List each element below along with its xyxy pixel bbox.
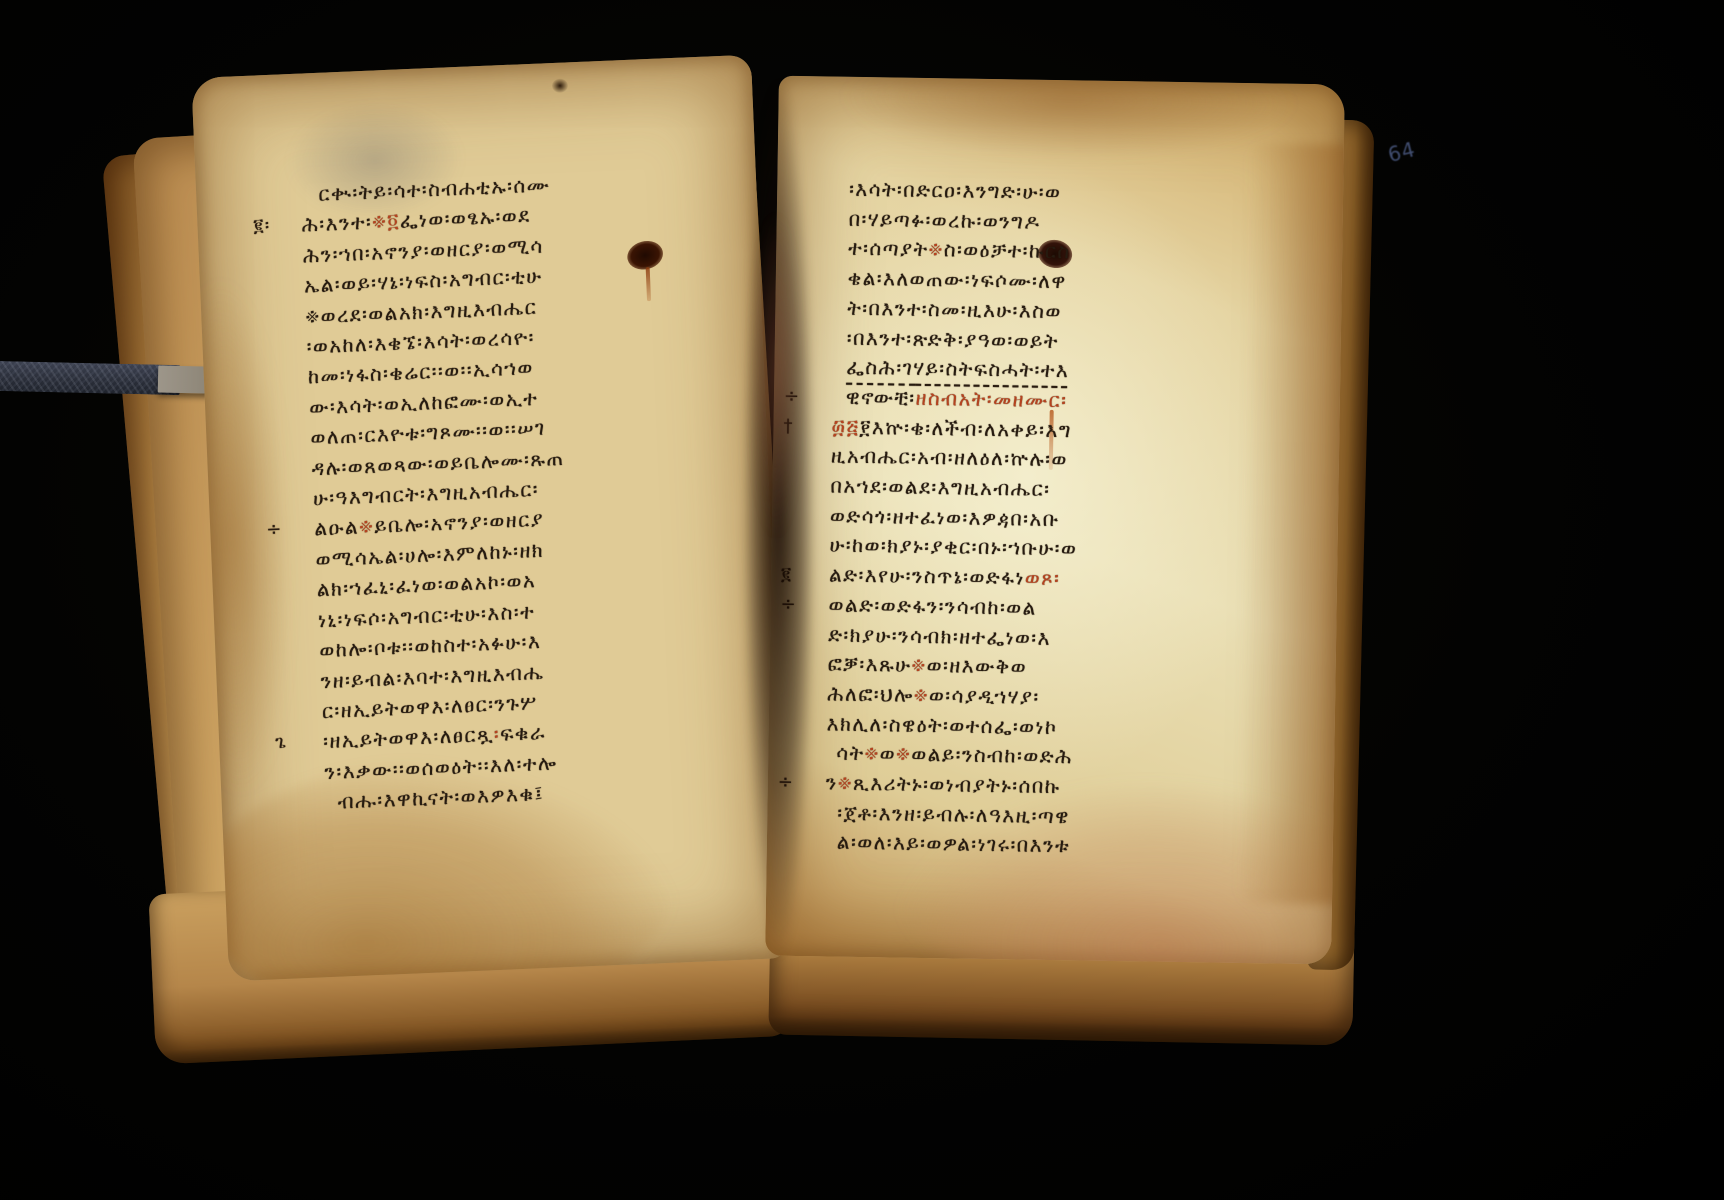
text-segment-red-ink: ፠ bbox=[359, 514, 375, 539]
text-segment-black-ink: ፌስሕ፡ገሃይ፡ስትፍስሓት፡ተእ bbox=[846, 355, 1069, 382]
text-segment-black-ink: ት፡በእንተ፡ስመ፡ዚእሁ፡እስወ bbox=[847, 296, 1062, 323]
text-segment-red-ink: ወጾ፡ bbox=[1025, 566, 1061, 591]
text-segment-black-ink: ሳት bbox=[836, 741, 865, 765]
text-segment-red-ink: ፠ bbox=[864, 741, 880, 765]
text-line: †፴፭፻እኵ፡ቄ፡ለችብ፡ለአቀይ፡እግ bbox=[831, 412, 1079, 446]
text-segment-black-ink: ፡እሳት፡በድርዐ፡እንግድ፡ሁ፡ወ bbox=[849, 177, 1062, 204]
text-segment-black-ink: ፡በእንተ፡ጽድቅ፡ያዓወ፡ወይት bbox=[847, 325, 1059, 352]
text-segment-black-ink: ድ፡ክያሁ፡ንሳብክ፡ዘተፌነወ፡እ bbox=[828, 622, 1051, 649]
right-page-text-column: ፡እሳት፡በድርዐ፡እንግድ፡ሁ፡ወበ፡ሃይጣፉ፡ወረኩ፡ወንግዶተ፡ሰጣያት፠… bbox=[825, 175, 1083, 862]
text-segment-black-ink: ወ፡ሳያዲኀሃያ፡ bbox=[929, 683, 1040, 709]
text-segment-black-ink: ወልድ፡ወድፋን፡ንሳብከ፡ወል bbox=[828, 592, 1037, 619]
text-segment-black-ink: ን bbox=[826, 770, 838, 794]
text-segment-black-ink: ጺእሪትኑ፡ወነብያትኑ፡ሰበኩ bbox=[853, 771, 1061, 798]
text-line: ÷ን፠ጺእሪትኑ፡ወነብያትኑ፡ሰበኩ bbox=[826, 768, 1074, 802]
text-line: ተ፡ሰጣያት፠ስ፡ወዕቻተ፡ኩርስ bbox=[834, 234, 1082, 268]
text-segment-black-ink: ፻እኵ፡ቄ፡ለችብ፡ለአቀይ፡እግ bbox=[859, 415, 1072, 442]
bookmark-strap-dark-segment bbox=[0, 361, 180, 395]
text-segment-black-ink: ልድ፡እየሁ፡ንስጥኔ፡ወድፋነ bbox=[829, 563, 1025, 590]
margin-mark: ጌ bbox=[275, 728, 288, 759]
text-line: ÷ዊኖውቺ፡ዘስብአት፡መዘሙር፡ bbox=[832, 382, 1080, 416]
left-page: ርቊ፡ትይ፡ሳተ፡ስብሐቲኡ፡ሰሙ፪፡ሕ፡እንተ፡፠፬ፌነወ፡ወፄኡ፡ወደሕን፡… bbox=[191, 55, 788, 982]
text-segment-black-ink: ፡ዘኢይትወዋእ፡ለፀርጿ bbox=[323, 722, 495, 753]
spine-blush-stain bbox=[752, 210, 800, 540]
text-segment-black-ink: ፍቁራ bbox=[500, 720, 547, 746]
text-segment-black-ink: ልዑል bbox=[314, 515, 360, 541]
text-segment-black-ink: ዚአብሔር፡አብ፡ዘለዕለ፡ኵሉ፡ወ bbox=[831, 444, 1068, 472]
text-segment-black-ink: ወ bbox=[880, 742, 897, 766]
text-segment-red-ink: ፠ bbox=[896, 742, 912, 766]
margin-mark: ፪፡ bbox=[253, 211, 271, 242]
text-segment-red-ink: ፴፭ bbox=[831, 414, 859, 438]
text-segment-black-ink: ቄል፡እለወጠው፡ነፍሶሙ፡ለዋ bbox=[848, 266, 1067, 293]
text-segment-black-ink: ፌነወ፡ወፄኡ፡ወደ bbox=[399, 203, 531, 232]
text-line: ወድሳጎ፡ዘተፈነወ፡እዎዻበ፡አቡ bbox=[830, 501, 1078, 535]
text-segment-red-ink: ዘስብአት፡መዘሙር፡ bbox=[915, 386, 1067, 412]
text-segment-black-ink: ይቤሎ፡አኖንያ፡ወዘርያ bbox=[374, 507, 545, 538]
text-line: ሕለፎ፡ህሎ፠ወ፡ሳያዲኀሃያ፡ bbox=[827, 679, 1075, 713]
text-line: ፡ጀቶ፡እንዘ፡ይብሉ፡ለዓእዚ፡ጣዌ bbox=[825, 798, 1073, 832]
ink-spot bbox=[552, 78, 569, 93]
text-segment-black-ink: ሕለፎ፡ህሎ bbox=[827, 681, 914, 706]
text-segment-red-ink: ፠፬ bbox=[372, 209, 401, 234]
folio-number: 64 bbox=[1386, 137, 1418, 167]
left-page-text-column: ርቊ፡ትይ፡ሳተ፡ስብሐቲኡ፡ሰሙ፪፡ሕ፡እንተ፡፠፬ፌነወ፡ወፄኡ፡ወደሕን፡… bbox=[300, 169, 579, 818]
text-segment-black-ink: በአኀደ፡ወልደ፡እግዚአብሔር፡ bbox=[830, 474, 1050, 501]
text-segment-red-ink: ፠ bbox=[914, 683, 930, 707]
text-segment-black-ink: ወ፡ዘእውቅወ bbox=[927, 653, 1028, 679]
text-segment-black-ink: ፡ጀቶ፡እንዘ፡ይብሉ፡ለዓእዚ፡ጣዌ bbox=[837, 800, 1070, 828]
text-line: ፪ልድ፡እየሁ፡ንስጥኔ፡ወድፋነወጾ፡ bbox=[829, 561, 1077, 595]
text-line: ቄል፡እለወጠው፡ነፍሶሙ፡ለዋ bbox=[834, 264, 1082, 298]
ink-drip bbox=[646, 267, 651, 301]
text-line: ፎቓ፡እጹሁ፠ወ፡ዘእውቅወ bbox=[827, 650, 1075, 684]
text-segment-red-ink: ፠ bbox=[928, 237, 944, 261]
text-line: በአኀደ፡ወልደ፡እግዚአብሔር፡ bbox=[830, 472, 1078, 506]
text-line: ድ፡ክያሁ፡ንሳብክ፡ዘተፌነወ፡እ bbox=[828, 620, 1076, 654]
text-segment-red-ink: ፠ bbox=[911, 653, 927, 677]
text-line: ል፡ወለ፡እይ፡ወዎል፡ነገሩ፡በእንቱ bbox=[825, 828, 1073, 862]
text-line: ት፡በእንተ፡ስመ፡ዚእሁ፡እስወ bbox=[833, 293, 1081, 327]
text-segment-black-ink: ሁ፡ከወ፡ክያኑ፡ያቂር፡በኑ፡ኀቡሁ፡ወ bbox=[829, 533, 1077, 561]
text-line: ፡እሳት፡በድርዐ፡እንግድ፡ሁ፡ወ bbox=[835, 175, 1083, 209]
text-segment-black-ink: ተ፡ሰጣያት bbox=[848, 236, 929, 261]
margin-mark: ÷ bbox=[266, 515, 284, 546]
text-line: ፡በእንተ፡ጽድቅ፡ያዓወ፡ወይት bbox=[833, 323, 1081, 357]
text-segment-black-ink: በ፡ሃይጣፉ፡ወረኩ፡ወንግዶ bbox=[849, 206, 1041, 233]
text-line: ፌስሕ፡ገሃይ፡ስትፍስሓት፡ተእ bbox=[832, 353, 1080, 387]
text-segment-black-ink: ወልይ፡ንስብከ፡ወድሕ bbox=[911, 742, 1073, 769]
text-segment-black-ink: ስ፡ወዕቻተ፡ኩርስ bbox=[944, 238, 1071, 264]
edge-stain bbox=[838, 76, 1300, 164]
text-segment-black-ink: ዊኖውቺ፡ bbox=[846, 385, 916, 410]
text-segment-black-ink: ብሑ፡እዋኪናት፡ወእዎእቁ፤ bbox=[337, 781, 544, 814]
text-line: ሁ፡ከወ፡ክያኑ፡ያቂር፡በኑ፡ኀቡሁ፡ወ bbox=[829, 531, 1077, 565]
right-page: ፡እሳት፡በድርዐ፡እንግድ፡ሁ፡ወበ፡ሃይጣፉ፡ወረኩ፡ወንግዶተ፡ሰጣያት፠… bbox=[765, 76, 1345, 965]
text-line: ÷ወልድ፡ወድፋን፡ንሳብከ፡ወል bbox=[828, 590, 1076, 624]
text-segment-black-ink: እክሊለ፡ስዌዕት፡ወተሰፌ፡ወነኮ bbox=[827, 711, 1058, 739]
text-line: ዚአብሔር፡አብ፡ዘለዕለ፡ኵሉ፡ወ bbox=[831, 442, 1079, 476]
text-segment-black-ink: ፎቓ፡እጹሁ bbox=[828, 652, 912, 677]
text-segment-black-ink: ሕ፡እንተ፡ bbox=[301, 210, 373, 237]
manuscript-photo: ርቊ፡ትይ፡ሳተ፡ስብሐቲኡ፡ሰሙ፪፡ሕ፡እንተ፡፠፬ፌነወ፡ወፄኡ፡ወደሕን፡… bbox=[0, 0, 1724, 1200]
text-segment-black-ink: ወድሳጎ፡ዘተፈነወ፡እዎዻበ፡አቡ bbox=[830, 503, 1060, 531]
text-line: ሳት፠ወ፠ወልይ፡ንስብከ፡ወድሕ bbox=[826, 739, 1074, 773]
text-line: እክሊለ፡ስዌዕት፡ወተሰፌ፡ወነኮ bbox=[827, 709, 1075, 743]
text-segment-red-ink: ፠ bbox=[838, 771, 854, 795]
edge-stain bbox=[1236, 143, 1345, 905]
text-segment-black-ink: ል፡ወለ፡እይ፡ወዎል፡ነገሩ፡በእንቱ bbox=[837, 830, 1071, 858]
text-line: በ፡ሃይጣፉ፡ወረኩ፡ወንግዶ bbox=[834, 204, 1082, 238]
